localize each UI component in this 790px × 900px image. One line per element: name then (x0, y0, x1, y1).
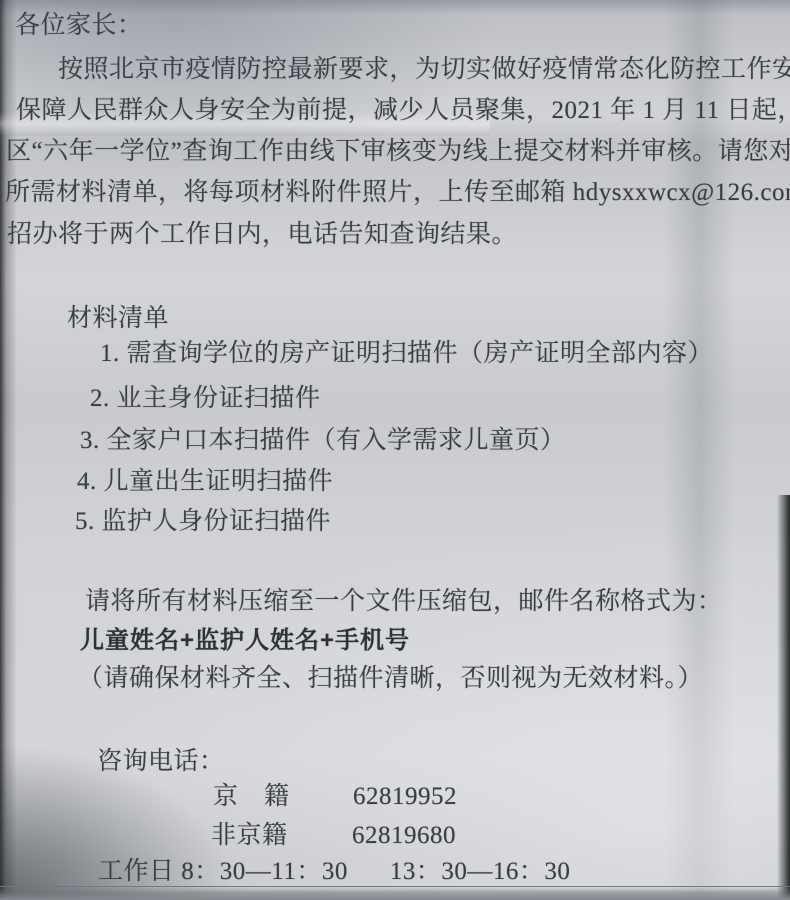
salutation: 各位家长： (15, 12, 143, 39)
phone-number-non-beijing: 62819680 (352, 822, 456, 849)
phone-number-beijing: 62819952 (353, 783, 457, 810)
material-item-5: 5. 监护人身份证扫描件 (75, 508, 331, 535)
phone-label-non-beijing: 非京籍 (211, 822, 288, 849)
intro-line-5: 招办将于两个工作日内，电话告知查询结果。 (7, 221, 517, 248)
package-note: 请将所有材料压缩至一个文件压缩包，邮件名称格式为： (85, 588, 723, 615)
material-item-2: 2. 业主身份证扫描件 (90, 385, 321, 412)
validity-note: （请确保材料齐全、扫描件清晰，否则视为无效材料。） (78, 665, 703, 692)
intro-line-1: 按照北京市疫情防控最新要求，为切实做好疫情常态化防控工作安排， (58, 56, 790, 83)
contact-heading: 咨询电话： (97, 748, 225, 775)
office-hours-afternoon: 13：30—16：30 (390, 858, 571, 885)
paper-edge-shadow-right (773, 495, 790, 900)
material-item-4: 4. 儿童出生证明扫描件 (77, 468, 333, 495)
office-hours-morning: 工作日 8：30—11：30 (98, 858, 348, 885)
paper-edge-shadow-bottom (0, 886, 790, 900)
notice-paper-photo: 各位家长： 按照北京市疫情防控最新要求，为切实做好疫情常态化防控工作安排， 保障… (0, 0, 790, 900)
intro-line-4: 所需材料清单，将每项材料附件照片，上传至邮箱 hdysxxwcx@126.com… (5, 179, 790, 206)
intro-line-2: 保障人民群众人身安全为前提，减少人员聚集，2021 年 1 月 11 日起，海淀 (16, 97, 790, 124)
office-hours: 工作日 8：30—11：3013：30—16：30 (98, 858, 570, 885)
material-item-3: 3. 全家户口本扫描件（有入学需求儿童页） (80, 427, 566, 454)
intro-line-3: 区“六年一学位”查询工作由线下审核变为线上提交材料并审核。请您对照 (6, 138, 790, 165)
materials-heading: 材料清单 (67, 305, 169, 332)
phone-label-beijing: 京 籍 (213, 783, 290, 810)
material-item-1: 1. 需查询学位的房产证明扫描件（房产证明全部内容） (100, 340, 713, 367)
email-subject-format: 儿童姓名+监护人姓名+手机号 (80, 627, 410, 654)
